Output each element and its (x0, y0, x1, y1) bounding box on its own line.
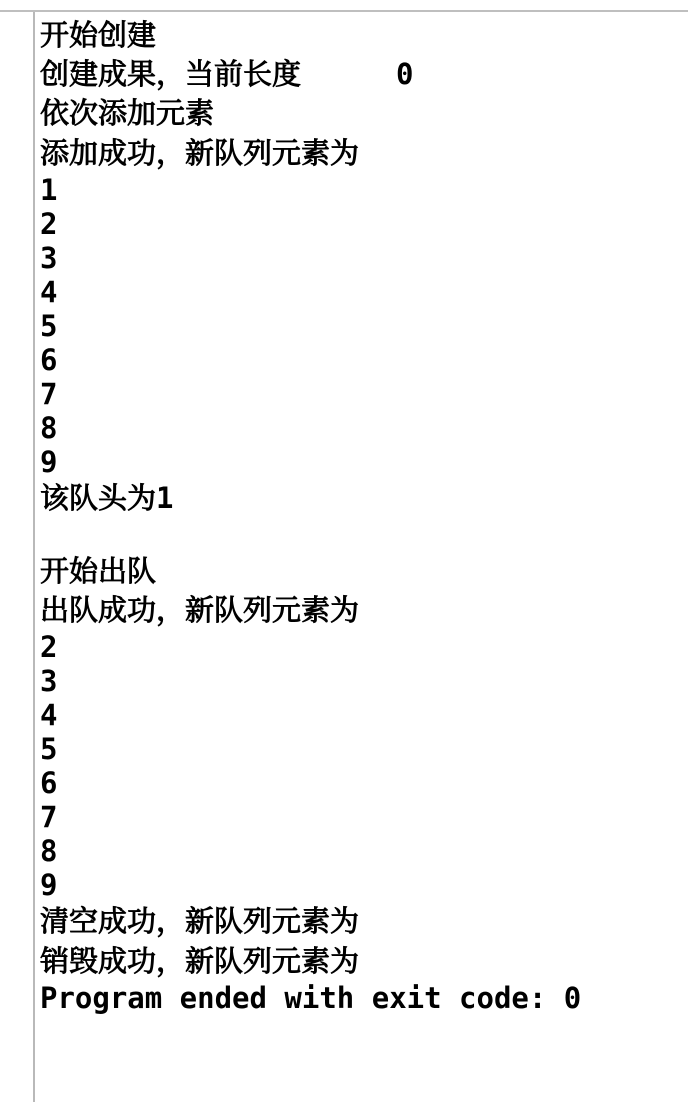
console-line: 开始出队 (40, 552, 688, 591)
console-line-text: Program ended with exit code: 0 (40, 981, 581, 1015)
console-line: 6 (40, 343, 688, 377)
console-line: 9 (40, 868, 688, 902)
console-line-text: 开始出队 (40, 554, 156, 588)
console-line-text: 9 (40, 868, 57, 902)
console-line: 5 (40, 732, 688, 766)
console-line-text: 4 (40, 698, 57, 732)
console-line-text: 9 (40, 445, 57, 479)
console-line-text: 开始创建 (40, 18, 156, 52)
console-line-text: 销毁成功，新队列元素为 (40, 944, 359, 978)
console-line-text: 出队成功，新队列元素为 (40, 593, 359, 627)
console-line: 依次添加元素 (40, 94, 688, 133)
console-line: 该队头为1 (40, 479, 688, 518)
console-line-text: 5 (40, 309, 57, 343)
console-line-text: 1 (40, 173, 57, 207)
console-line: 5 (40, 309, 688, 343)
console-line-text: 8 (40, 834, 57, 868)
console-line-text: 8 (40, 411, 57, 445)
console-line-text: 2 (40, 207, 57, 241)
console-line: 添加成功，新队列元素为 (40, 134, 688, 173)
console-line: 7 (40, 377, 688, 411)
console-line-text: 添加成功，新队列元素为 (40, 136, 359, 170)
top-divider (0, 10, 688, 12)
console-line: 销毁成功，新队列元素为 (40, 942, 688, 981)
console-line (40, 518, 688, 552)
console-line: 出队成功，新队列元素为 (40, 591, 688, 630)
console-line-text: 2 (40, 630, 57, 664)
console-line: 3 (40, 241, 688, 275)
console-line: 4 (40, 275, 688, 309)
console-line: 2 (40, 207, 688, 241)
console-line: 9 (40, 445, 688, 479)
console-line: 开始创建 (40, 16, 688, 55)
console-line-text: 清空成功，新队列元素为 (40, 904, 359, 938)
console-line-text: 依次添加元素 (40, 96, 214, 130)
console-line: 1 (40, 173, 688, 207)
console-line: 2 (40, 630, 688, 664)
console-line-value: 0 (396, 55, 413, 94)
console-line: Program ended with exit code: 0 (40, 981, 688, 1015)
console-line: 8 (40, 834, 688, 868)
console-line: 7 (40, 800, 688, 834)
console-line-text: 该队头为1 (40, 481, 173, 515)
left-gutter-line (33, 12, 35, 1102)
console-line-text: 5 (40, 732, 57, 766)
console-line: 3 (40, 664, 688, 698)
console-line: 6 (40, 766, 688, 800)
console-line-text: 4 (40, 275, 57, 309)
console-output: 开始创建创建成果，当前长度0依次添加元素添加成功，新队列元素为123456789… (40, 16, 688, 1015)
console-line-text: 创建成果，当前长度 (40, 57, 301, 91)
console-line-text: 3 (40, 664, 57, 698)
console-line: 清空成功，新队列元素为 (40, 902, 688, 941)
console-line: 8 (40, 411, 688, 445)
console-line-text: 6 (40, 343, 57, 377)
console-line-text: 7 (40, 800, 57, 834)
console-line-text: 6 (40, 766, 57, 800)
console-line-text: 7 (40, 377, 57, 411)
console-line-text: 3 (40, 241, 57, 275)
console-line: 4 (40, 698, 688, 732)
console-line: 创建成果，当前长度0 (40, 55, 688, 94)
